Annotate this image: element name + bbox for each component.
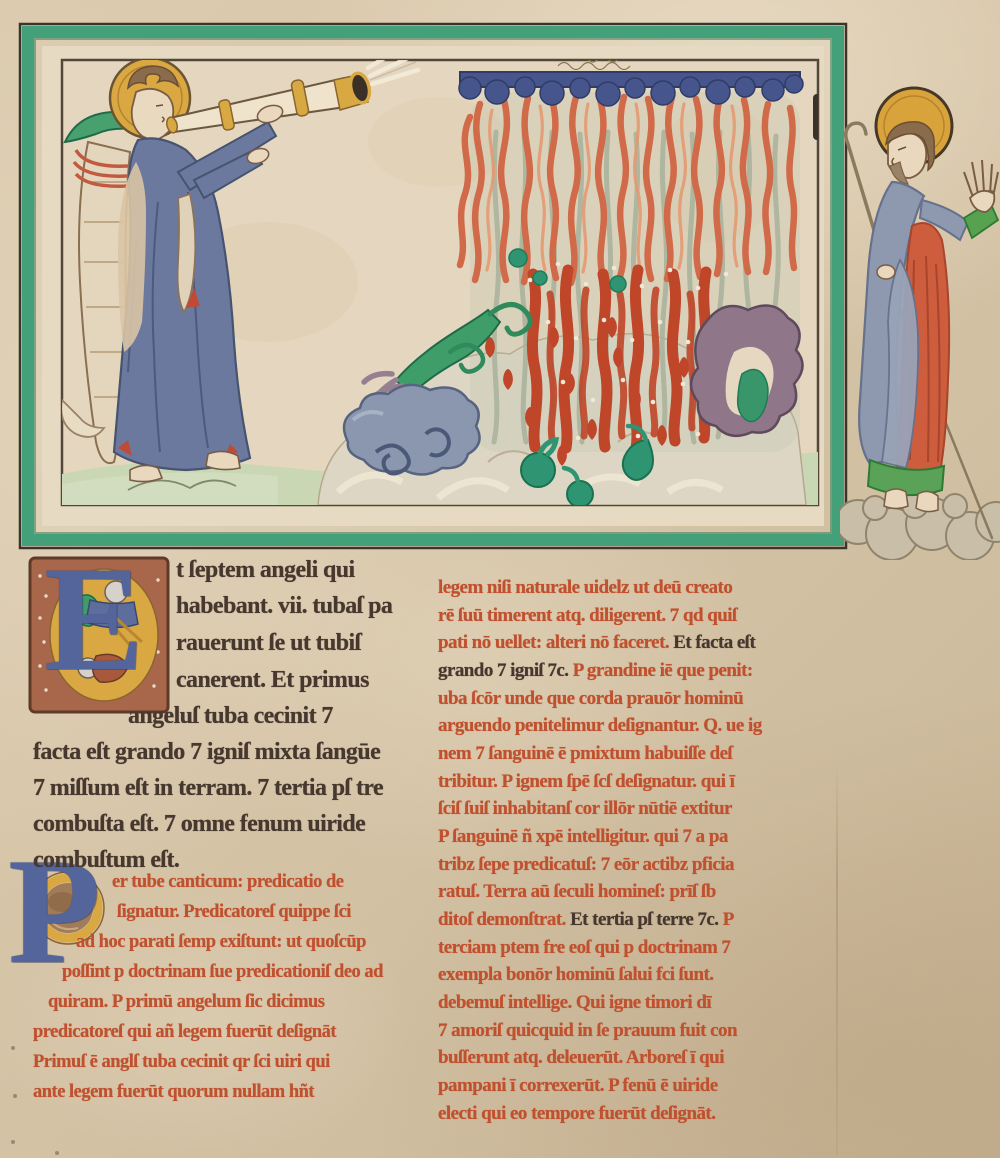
text-line: predicatoreſ qui añ legem fuerūt deſignā… <box>33 1022 336 1043</box>
text-line: legem niſi naturale uidelz ut deū creato <box>438 577 732 599</box>
text-line: 7 miſſum eſt in terram. 7 tertia pſ tre <box>33 775 383 802</box>
text-line: tribitur. P ignem ſpē ſcſ deſignatur. qu… <box>438 771 734 793</box>
text-line: poſſint p doctrinam ſue predicationiſ de… <box>62 962 383 983</box>
blue-spiral-cloud <box>344 385 480 475</box>
text-line: combuſtum eſt. <box>33 847 179 874</box>
text-line: pampani ī correxerūt. P fenū ē uiride <box>438 1075 718 1097</box>
parchment-crease <box>836 760 838 1155</box>
drop-cap-e: E <box>28 556 170 714</box>
text-line: debemuſ intellige. Qui igne timori dī <box>438 992 711 1014</box>
john-raised-hand <box>964 160 998 212</box>
text-line: arguendo penitelimur deſignantur. Q. ue … <box>438 715 762 737</box>
text-line: er tube canticum: predicatio de <box>112 872 343 893</box>
text-line: tribz ſepe predicatuſ: 7 eōr actibz pfic… <box>438 854 734 876</box>
pricking-dot <box>13 1094 17 1098</box>
text-line: habebant. vii. tubaſ pa <box>176 593 392 620</box>
text-line: grando 7 igniſ 7c. P grandine iē que pen… <box>438 660 753 682</box>
text-line: P ſanguinē ñ xpē intelligitur. qui 7 a p… <box>438 826 728 848</box>
text-line: quiram. P primū angelum ſic dicimus <box>48 992 324 1013</box>
pricking-dot <box>11 1140 15 1144</box>
pricking-dot <box>11 1046 15 1050</box>
text-line: canerent. Et primus <box>176 667 369 694</box>
text-line: electi qui eo tempore fuerūt deſignāt. <box>438 1103 715 1125</box>
text-line: angeluſ tuba cecinit 7 <box>128 703 333 730</box>
text-line: ratuſ. Terra aū ſeculi homineſ: prīſ ſb <box>438 881 716 903</box>
text-line: combuſta eſt. 7 omne fenum uiride <box>33 811 365 838</box>
drop-cap-e-letter: E <box>44 540 144 698</box>
text-line: rē ſuū timerent atq. diligerent. 7 qd qu… <box>438 605 737 627</box>
miniature-first-trumpet <box>18 22 848 550</box>
text-line: ditoſ demonſtrat. Et tertia pſ terre 7c.… <box>438 909 734 931</box>
text-line: Primuſ ē anglſ tuba cecinit qr ſci uiri … <box>33 1052 330 1073</box>
text-line: ſciſ ſuiſ inhabitanſ cor illōr nūtiē ext… <box>438 798 732 820</box>
text-line: pati nō uellet: alteri nō faceret. Et fa… <box>438 632 755 654</box>
text-line: t ſeptem angeli qui <box>176 557 355 584</box>
text-line: terciam ptem fre eoſ qui p doctrinam 7 <box>438 937 730 959</box>
text-line: 7 amoriſ quicquid in ſe prauum fuit con <box>438 1020 737 1042</box>
manuscript-page: E P t ſeptem angeli quihabebant. vii. tu… <box>0 0 1000 1158</box>
text-line: buſſerunt atq. deleuerūt. Arboreſ ī qui <box>438 1047 724 1069</box>
text-line: exempla bonōr hominū ſalui fci ſunt. <box>438 964 713 986</box>
text-line: nem 7 ſanguinē ē pmixtum habuiſſe deſ <box>438 743 732 765</box>
pricking-dot <box>55 1151 59 1155</box>
saint-john <box>840 60 1000 560</box>
text-line: ante legem fuerūt quorum nullam hñt <box>33 1082 314 1103</box>
text-line: facta eſt grando 7 igniſ mixta ſangūe <box>33 739 380 766</box>
text-line: ſignatur. Predicatoreſ quippe ſci <box>117 902 351 923</box>
text-line: rauerunt ſe ut tubiſ <box>176 630 361 657</box>
text-line: ad hoc parati ſemp exiſtunt: ut quoſcūp <box>76 932 366 953</box>
text-line: uba ſcōr unde que corda prauōr hominū <box>438 688 743 710</box>
